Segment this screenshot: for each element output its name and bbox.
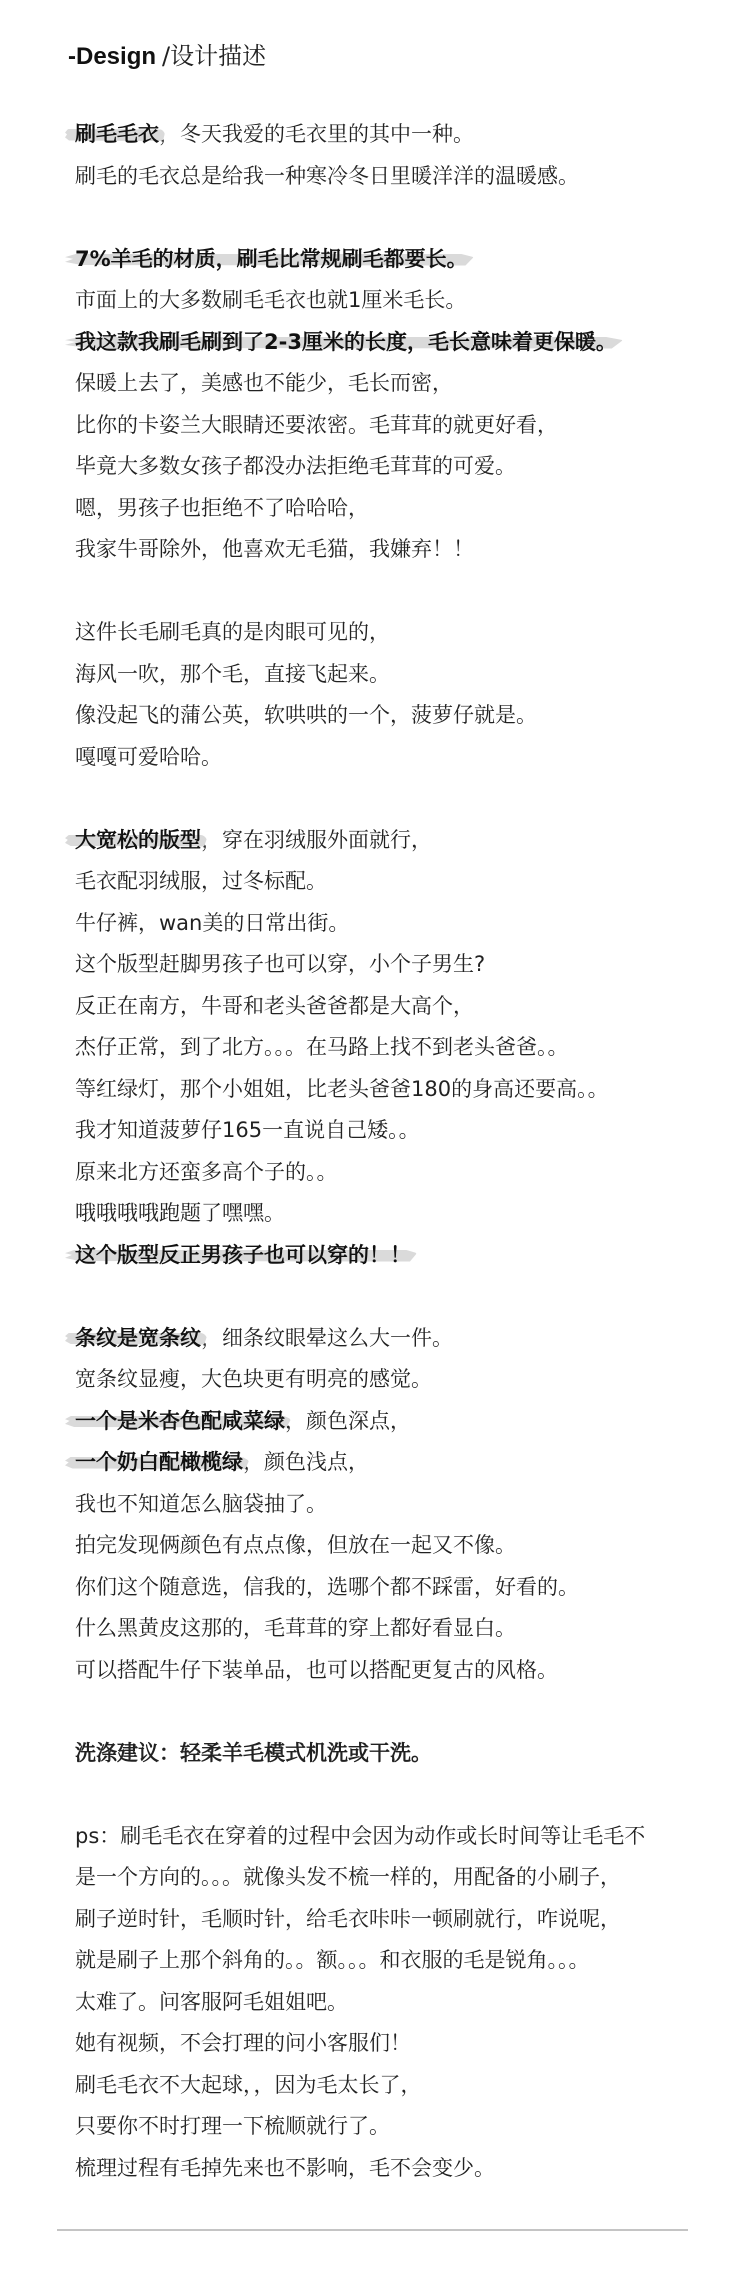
line-text: 你们这个随意选，信我的，选哪个都不踩雷，好看的。 — [75, 1575, 579, 1599]
line-text: 杰仔正常，到了北方。。。在马路上找不到老头爸爸。。 — [75, 1035, 569, 1059]
paragraph-line: 我家牛哥除外，他喜欢无毛猫，我嫌弃！！ — [75, 529, 715, 571]
paragraph-line: 杰仔正常，到了北方。。。在马路上找不到老头爸爸。。 — [75, 1027, 715, 1069]
paragraph-line: 大宽松的版型，穿在羽绒服外面就行， — [75, 820, 715, 862]
paragraph-line: 反正在南方，牛哥和老头爸爸都是大高个， — [75, 986, 715, 1028]
paragraph-line: 拍完发现俩颜色有点点像，但放在一起又不像。 — [75, 1525, 715, 1567]
highlighted-phrase: 7%羊毛的材质，刷毛比常规刷毛都要长。 — [75, 247, 468, 271]
line-text: 这件长毛刷毛真的是肉眼可见的， — [75, 620, 390, 644]
highlighted-phrase: 条纹是宽条纹 — [75, 1326, 201, 1350]
line-text: ，冬天我爱的毛衣里的其中一种。 — [159, 122, 474, 146]
section-title-zh: /设计描述 — [162, 42, 266, 70]
paragraph-line: ps：刷毛毛衣在穿着的过程中会因为动作或长时间等让毛毛不 — [75, 1816, 715, 1858]
highlighted-phrase: 刷毛毛衣 — [75, 122, 159, 146]
bold-phrase: 洗涤建议：轻柔羊毛模式机洗或干洗。 — [75, 1741, 432, 1765]
line-text: ，颜色深点， — [285, 1409, 411, 1433]
paragraph-line — [75, 1774, 715, 1816]
paragraph-line: 我才知道菠萝仔165一直说自己矮。。 — [75, 1110, 715, 1152]
paragraph-line — [75, 1691, 715, 1733]
paragraph-line: 这个版型赶脚男孩子也可以穿，小个子男生? — [75, 944, 715, 986]
highlighted-phrase: 大宽松的版型 — [75, 828, 201, 852]
line-text: 市面上的大多数刷毛毛衣也就1厘米毛长。 — [75, 288, 466, 312]
line-text: 拍完发现俩颜色有点点像，但放在一起又不像。 — [75, 1533, 516, 1557]
paragraph-line: 7%羊毛的材质，刷毛比常规刷毛都要长。 — [75, 239, 715, 281]
line-text: 什么黑黄皮这那的，毛茸茸的穿上都好看显白。 — [75, 1616, 516, 1640]
paragraph-line: 刷毛的毛衣总是给我一种寒冷冬日里暖洋洋的温暖感。 — [75, 156, 715, 198]
paragraph-line: 梳理过程有毛掉先来也不影响，毛不会变少。 — [75, 2148, 715, 2190]
paragraph-line: 就是刷子上那个斜角的。。额。。。和衣服的毛是锐角。。。 — [75, 1940, 715, 1982]
paragraph-line: 一个奶白配橄榄绿，颜色浅点， — [75, 1442, 715, 1484]
paragraph-line: 刷子逆时针，毛顺时针，给毛衣咔咔一顿刷就行，咋说呢， — [75, 1899, 715, 1941]
line-text: ，细条纹眼晕这么大一件。 — [201, 1326, 453, 1350]
highlighted-phrase: 一个奶白配橄榄绿 — [75, 1450, 243, 1474]
line-text: 比你的卡姿兰大眼睛还要浓密。毛茸茸的就更好看， — [75, 413, 558, 437]
paragraph-line: 这件长毛刷毛真的是肉眼可见的， — [75, 612, 715, 654]
line-text: 我家牛哥除外，他喜欢无毛猫，我嫌弃！！ — [75, 537, 474, 561]
paragraph-line: 像没起飞的蒲公英，软哄哄的一个，菠萝仔就是。 — [75, 695, 715, 737]
paragraph-line: 一个是米杏色配咸菜绿，颜色深点， — [75, 1401, 715, 1443]
paragraph-line: 我也不知道怎么脑袋抽了。 — [75, 1484, 715, 1526]
paragraph-line: 毛衣配羽绒服，过冬标配。 — [75, 861, 715, 903]
line-text: 保暖上去了，美感也不能少，毛长而密， — [75, 371, 453, 395]
line-text: 海风一吹，那个毛，直接飞起来。 — [75, 662, 390, 686]
paragraph-line — [75, 197, 715, 239]
paragraph-line: 什么黑黄皮这那的，毛茸茸的穿上都好看显白。 — [75, 1608, 715, 1650]
paragraph-line — [75, 1276, 715, 1318]
line-text: 刷毛的毛衣总是给我一种寒冷冬日里暖洋洋的温暖感。 — [75, 164, 579, 188]
paragraph-line: 等红绿灯，那个小姐姐，比老头爸爸180的身高还要高。。 — [75, 1069, 715, 1111]
paragraph-line: 原来北方还蛮多高个子的。。 — [75, 1152, 715, 1194]
description-body: 刷毛毛衣，冬天我爱的毛衣里的其中一种。刷毛的毛衣总是给我一种寒冷冬日里暖洋洋的温… — [75, 114, 715, 2189]
line-text: 可以搭配牛仔下装单品，也可以搭配更复古的风格。 — [75, 1658, 558, 1682]
paragraph-line: 刷毛毛衣不大起球，，因为毛太长了， — [75, 2065, 715, 2107]
line-text: 牛仔裤，wan美的日常出街。 — [75, 911, 349, 935]
line-text: 是一个方向的。。。就像头发不梳一样的，用配备的小刷子， — [75, 1865, 621, 1889]
line-text: 嗯，男孩子也拒绝不了哈哈哈， — [75, 496, 369, 520]
line-text: 像没起飞的蒲公英，软哄哄的一个，菠萝仔就是。 — [75, 703, 537, 727]
line-text: 宽条纹显瘦，大色块更有明亮的感觉。 — [75, 1367, 432, 1391]
paragraph-line: 毕竟大多数女孩子都没办法拒绝毛茸茸的可爱。 — [75, 446, 715, 488]
line-text: 毛衣配羽绒服，过冬标配。 — [75, 869, 327, 893]
section-title-en: -Design — [68, 43, 156, 70]
paragraph-line: 太难了。问客服阿毛姐姐吧。 — [75, 1982, 715, 2024]
paragraph-line: 保暖上去了，美感也不能少，毛长而密， — [75, 363, 715, 405]
paragraph-line: 洗涤建议：轻柔羊毛模式机洗或干洗。 — [75, 1733, 715, 1775]
paragraph-line — [75, 571, 715, 613]
paragraph-line: 是一个方向的。。。就像头发不梳一样的，用配备的小刷子， — [75, 1857, 715, 1899]
line-text: 原来北方还蛮多高个子的。。 — [75, 1160, 338, 1184]
paragraph-line: 条纹是宽条纹，细条纹眼晕这么大一件。 — [75, 1318, 715, 1360]
line-text: 我才知道菠萝仔165一直说自己矮。。 — [75, 1118, 420, 1142]
paragraph-line: 刷毛毛衣，冬天我爱的毛衣里的其中一种。 — [75, 114, 715, 156]
paragraph-line — [75, 778, 715, 820]
section-title: -Design/设计描述 — [68, 40, 266, 73]
divider — [57, 2229, 688, 2231]
paragraph-line: 这个版型反正男孩子也可以穿的！！ — [75, 1235, 715, 1277]
highlighted-phrase: 一个是米杏色配咸菜绿 — [75, 1409, 285, 1433]
line-text: 哦哦哦哦跑题了嘿嘿。 — [75, 1201, 285, 1225]
line-text: 只要你不时打理一下梳顺就行了。 — [75, 2114, 390, 2138]
line-text: 等红绿灯，那个小姐姐，比老头爸爸180的身高还要高。。 — [75, 1077, 609, 1101]
line-text: ，穿在羽绒服外面就行， — [201, 828, 432, 852]
line-text: 嘎嘎可爱哈哈。 — [75, 745, 222, 769]
paragraph-line: 可以搭配牛仔下装单品，也可以搭配更复古的风格。 — [75, 1650, 715, 1692]
line-text: 毕竟大多数女孩子都没办法拒绝毛茸茸的可爱。 — [75, 454, 516, 478]
highlighted-phrase: 这个版型反正男孩子也可以穿的！！ — [75, 1243, 411, 1267]
line-text: 她有视频，不会打理的问小客服们！ — [75, 2031, 411, 2055]
line-text: 反正在南方，牛哥和老头爸爸都是大高个， — [75, 994, 474, 1018]
paragraph-line: 只要你不时打理一下梳顺就行了。 — [75, 2106, 715, 2148]
line-text: 我也不知道怎么脑袋抽了。 — [75, 1492, 327, 1516]
paragraph-line: 她有视频，不会打理的问小客服们！ — [75, 2023, 715, 2065]
paragraph-line: 海风一吹，那个毛，直接飞起来。 — [75, 654, 715, 696]
paragraph-line: 嘎嘎可爱哈哈。 — [75, 737, 715, 779]
highlighted-phrase: 我这款我刷毛刷到了2-3厘米的长度，毛长意味着更保暖。 — [75, 330, 617, 354]
line-text: 太难了。问客服阿毛姐姐吧。 — [75, 1990, 348, 2014]
paragraph-line: 你们这个随意选，信我的，选哪个都不踩雷，好看的。 — [75, 1567, 715, 1609]
line-text: 就是刷子上那个斜角的。。额。。。和衣服的毛是锐角。。。 — [75, 1948, 590, 1972]
line-text: ps：刷毛毛衣在穿着的过程中会因为动作或长时间等让毛毛不 — [75, 1824, 645, 1848]
line-text: ，颜色浅点， — [243, 1450, 369, 1474]
paragraph-line: 宽条纹显瘦，大色块更有明亮的感觉。 — [75, 1359, 715, 1401]
line-text: 梳理过程有毛掉先来也不影响，毛不会变少。 — [75, 2156, 495, 2180]
paragraph-line: 牛仔裤，wan美的日常出街。 — [75, 903, 715, 945]
paragraph-line: 哦哦哦哦跑题了嘿嘿。 — [75, 1193, 715, 1235]
paragraph-line: 我这款我刷毛刷到了2-3厘米的长度，毛长意味着更保暖。 — [75, 322, 715, 364]
line-text: 刷毛毛衣不大起球，，因为毛太长了， — [75, 2073, 422, 2097]
paragraph-line: 嗯，男孩子也拒绝不了哈哈哈， — [75, 488, 715, 530]
line-text: 这个版型赶脚男孩子也可以穿，小个子男生? — [75, 952, 485, 976]
paragraph-line: 比你的卡姿兰大眼睛还要浓密。毛茸茸的就更好看， — [75, 405, 715, 447]
paragraph-line: 市面上的大多数刷毛毛衣也就1厘米毛长。 — [75, 280, 715, 322]
line-text: 刷子逆时针，毛顺时针，给毛衣咔咔一顿刷就行，咋说呢， — [75, 1907, 621, 1931]
